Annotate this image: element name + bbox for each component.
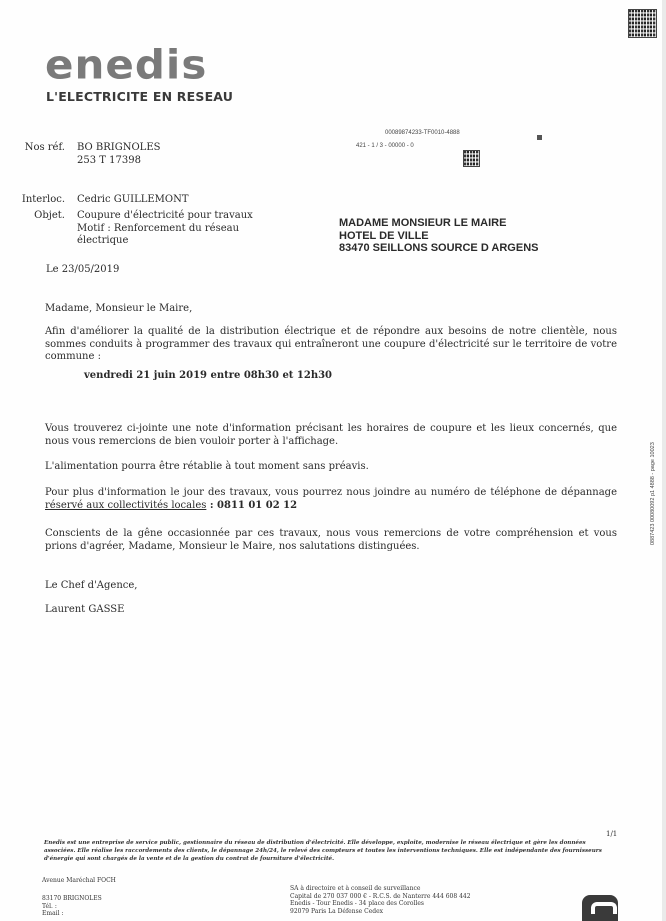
enedis-logo: enedis: [45, 45, 207, 85]
reserved-note: réservé aux collectivités locales: [45, 500, 206, 511]
agency-city: 83170 BRIGNOLES: [42, 895, 102, 903]
agency-tel: Tél. :: [42, 903, 102, 911]
logo-tagline: L'ELECTRICITE EN RESEAU: [46, 89, 233, 104]
letter-date: Le 23/05/2019: [46, 264, 119, 277]
agency-contact: 83170 BRIGNOLES Tél. : Email :: [42, 895, 102, 918]
nos-ref-value: BO BRIGNOLES 253 T 17398: [77, 142, 160, 167]
interloc-label: Interloc.: [5, 194, 65, 205]
contact-text: Pour plus d'information le jour des trav…: [45, 487, 617, 498]
objet-label: Objet.: [5, 210, 65, 221]
information-paragraph: Vous trouverez ci-jointe une note d'info…: [45, 423, 617, 448]
company-line2: Capital de 270 037 000 € - R.C.S. de Nan…: [290, 893, 471, 901]
side-reference: 0887423 00080092 p1 4888 - page 10023: [650, 395, 656, 545]
agency-street: Avenue Maréchal FOCH: [42, 877, 116, 885]
objet-line1: Coupure d'électricité pour travaux: [77, 210, 253, 223]
company-line4: 92079 Paris La Défense Cedex: [290, 908, 471, 916]
objet-line3: électrique: [77, 235, 253, 248]
page-number: 1/1: [606, 830, 617, 838]
outage-date: vendredi 21 juin 2019 entre 08h30 et 12h…: [84, 370, 484, 383]
signature-title: Le Chef d'Agence,: [45, 580, 617, 593]
recipient-line3: 83470 SEILLONS SOURCE D ARGENS: [339, 242, 538, 255]
enedis-monogram-icon: [582, 895, 618, 921]
objet-value: Coupure d'électricité pour travaux Motif…: [77, 210, 253, 248]
mail-sequence: 421 - 1 / 3 - 00000 - 0: [356, 143, 414, 149]
datamatrix-code-icon: [463, 150, 480, 167]
contact-paragraph: Pour plus d'information le jour des trav…: [45, 487, 617, 512]
nos-ref-line2: 253 T 17398: [77, 155, 160, 168]
nos-ref-line1: BO BRIGNOLES: [77, 142, 160, 155]
interloc-value: Cedric GUILLEMONT: [77, 194, 189, 207]
scan-edge: [662, 0, 666, 921]
nos-ref-label: Nos réf.: [5, 142, 65, 153]
closing-paragraph: Conscients de la gêne occasionnée par ce…: [45, 528, 617, 553]
footer-legal-text: Enedis est une entreprise de service pub…: [44, 839, 604, 863]
square-marker-icon: [537, 135, 542, 140]
restoration-paragraph: L'alimentation pourra être rétablie à to…: [45, 461, 617, 474]
datamatrix-code-icon: [628, 9, 657, 38]
salutation: Madame, Monsieur le Maire,: [45, 303, 617, 316]
recipient-line2: HOTEL DE VILLE: [339, 230, 538, 243]
company-line1: SA à directoire et à conseil de surveill…: [290, 885, 471, 893]
objet-line2: Motif : Renforcement du réseau: [77, 223, 253, 236]
recipient-line1: MADAME MONSIEUR LE MAIRE: [339, 217, 538, 230]
company-info: SA à directoire et à conseil de surveill…: [290, 885, 471, 915]
emergency-phone: : 0811 01 02 12: [206, 500, 297, 511]
company-line3: Enedis - Tour Enedis - 34 place des Coro…: [290, 900, 471, 908]
tracking-code: 00089874233-TF0010-4888: [385, 130, 460, 136]
recipient-address: MADAME MONSIEUR LE MAIRE HOTEL DE VILLE …: [339, 217, 538, 255]
intro-paragraph: Afin d'améliorer la qualité de la distri…: [45, 326, 617, 364]
agency-email: Email :: [42, 910, 102, 918]
signature-name: Laurent GASSE: [45, 604, 617, 617]
